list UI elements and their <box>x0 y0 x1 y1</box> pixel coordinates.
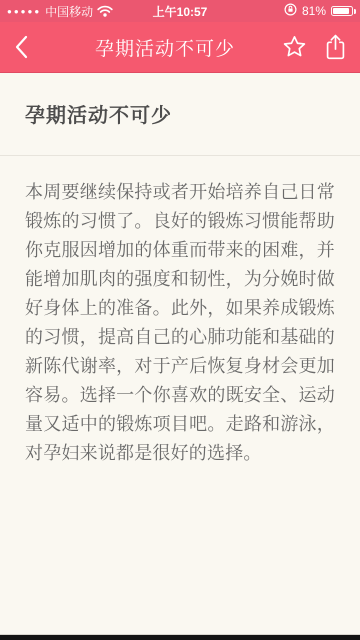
wifi-icon <box>97 5 113 17</box>
carrier-label: 中国移动 <box>45 3 93 20</box>
orientation-lock-icon <box>284 3 297 19</box>
app-screen: ●●●●● 中国移动 上午10:57 81% <box>0 0 360 640</box>
status-bar: ●●●●● 中国移动 上午10:57 81% <box>0 0 360 22</box>
favorite-star-button[interactable] <box>280 33 309 61</box>
back-button[interactable] <box>12 29 36 65</box>
screen-bottom-bezel <box>0 634 360 640</box>
share-icon <box>325 34 346 60</box>
star-icon <box>282 35 307 59</box>
page-title: 孕期活动不可少 <box>50 34 280 61</box>
battery-icon <box>331 6 353 16</box>
nav-actions <box>280 32 348 62</box>
status-left-group: ●●●●● 中国移动 <box>7 3 113 20</box>
article-title: 孕期活动不可少 <box>25 99 335 128</box>
chevron-left-icon <box>14 35 28 59</box>
signal-strength-icon: ●●●●● <box>7 7 41 16</box>
share-button[interactable] <box>323 32 348 62</box>
battery-percent-label: 81% <box>302 4 326 18</box>
nav-bar: 孕期活动不可少 <box>0 22 360 73</box>
battery-level <box>333 8 349 14</box>
article-body-text: 本周要继续保持或者开始培养自己日常锻炼的习惯了。良好的锻炼习惯能帮助你克服因增加… <box>25 178 335 468</box>
status-right-group: 81% <box>284 3 353 19</box>
article-content[interactable]: 本周要继续保持或者开始培养自己日常锻炼的习惯了。良好的锻炼习惯能帮助你克服因增加… <box>0 156 360 468</box>
article-header: 孕期活动不可少 <box>0 73 360 128</box>
